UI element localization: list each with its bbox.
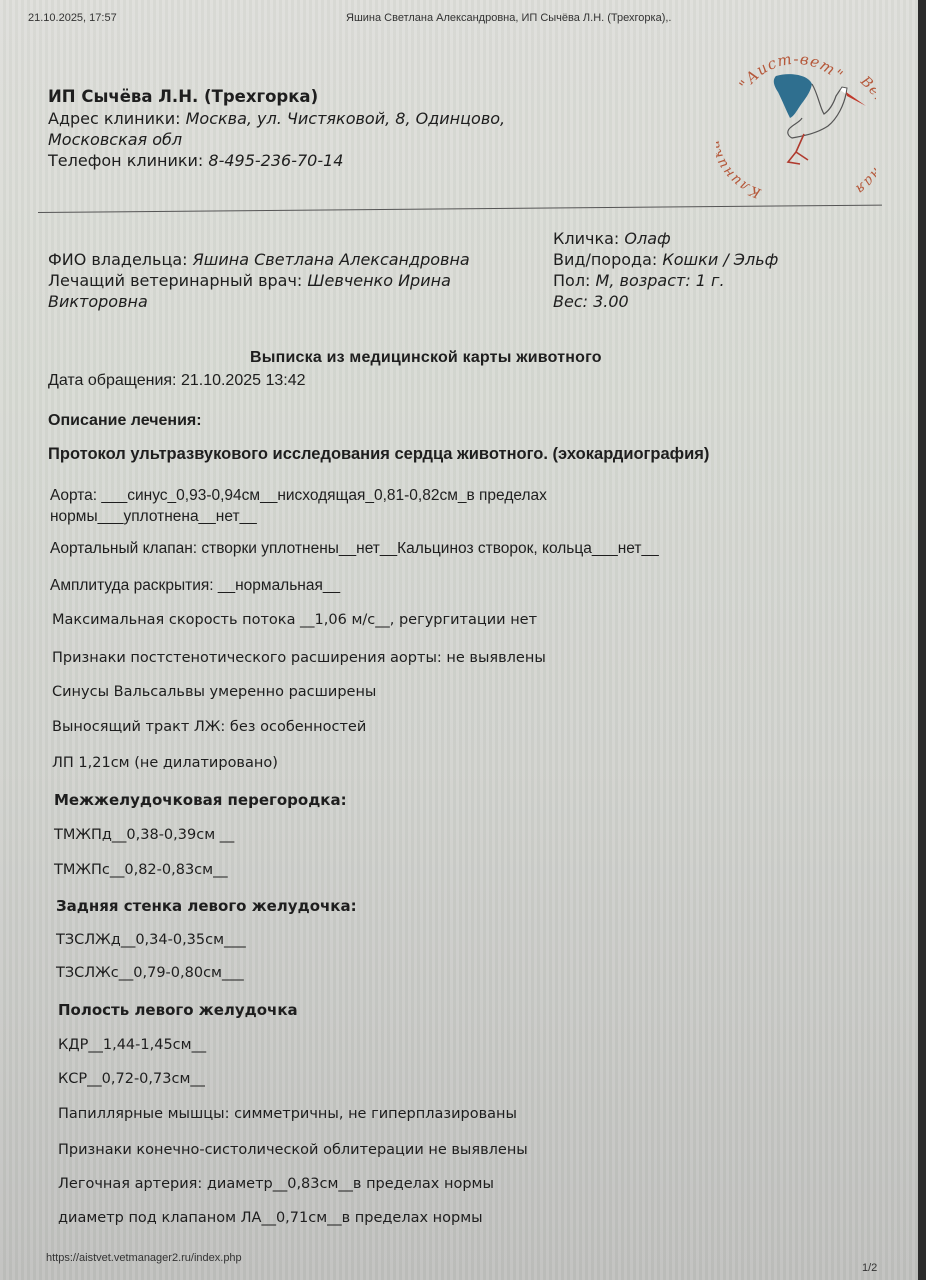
post-stenotic-line: Признаки постстенотического расширения а… xyxy=(52,650,546,666)
owner-name: Яшина Светлана Александровна xyxy=(193,250,470,269)
edd-line: КДР__1,44-1,45см__ xyxy=(58,1037,206,1053)
stork-icon: "Аист-вет" Клиника Ветеринарная xyxy=(716,44,876,200)
clinic-name: ИП Сычёва Л.Н. (Трехгорка) xyxy=(48,86,505,107)
visit-date: Дата обращения: 21.10.2025 13:42 xyxy=(48,372,306,390)
print-footer: https://aistvet.vetmanager2.ru/index.php… xyxy=(46,1252,878,1264)
clinic-address-line1: Москва, ул. Чистяковой, 8, Одинцово, xyxy=(186,109,506,128)
treatment-heading: Описание лечения: xyxy=(48,412,202,430)
pet-sex-age: М, возраст: 1 г. xyxy=(596,271,725,290)
la-line: ЛП 1,21см (не дилатировано) xyxy=(52,755,278,771)
svg-text:Клиника: Клиника xyxy=(716,138,764,200)
septum-systole-line: ТМЖПс__0,82-0,83см__ xyxy=(54,862,228,878)
lv-cavity-title: Полость левого желудочка xyxy=(58,1001,298,1019)
posterior-wall-systole-line: ТЗСЛЖс__0,79-0,80см___ xyxy=(56,965,244,981)
printed-page: 21.10.2025, 17:57 Яшина Светлана Алексан… xyxy=(0,0,918,1280)
print-url: https://aistvet.vetmanager2.ru/index.php xyxy=(46,1252,242,1264)
header-divider xyxy=(38,205,882,213)
pet-weight: Вес: 3.00 xyxy=(553,292,629,311)
septum-diastole-line: ТМЖПд__0,38-0,39см __ xyxy=(54,827,234,843)
papillary-muscles-line: Папиллярные мышцы: симметричны, не гипер… xyxy=(58,1106,517,1122)
pulmonary-artery-line: Легочная артерия: диаметр__0,83см__в пре… xyxy=(58,1176,494,1192)
owner-label: ФИО владельца: xyxy=(48,250,188,269)
aortic-valve-line: Аортальный клапан: створки уплотнены__не… xyxy=(50,540,659,558)
clinic-phone-value: 8-495-236-70-14 xyxy=(208,151,343,170)
print-datetime: 21.10.2025, 17:57 xyxy=(28,12,117,24)
pet-info: Кличка: Олаф Вид/порода: Кошки / Эльф По… xyxy=(553,228,778,312)
clinic-phone-label: Телефон клиники: xyxy=(48,151,203,170)
owner-info: ФИО владельца: Яшина Светлана Александро… xyxy=(48,249,508,312)
document-title: Выписка из медицинской карты животного xyxy=(250,349,602,367)
pet-name-label: Кличка: xyxy=(553,229,619,248)
posterior-wall-title: Задняя стенка левого желудочка: xyxy=(56,897,357,915)
pet-name: Олаф xyxy=(624,229,670,248)
clinic-info: ИП Сычёва Л.Н. (Трехгорка) Адрес клиники… xyxy=(48,86,505,171)
valsalva-line: Синусы Вальсальвы умеренно расширены xyxy=(52,684,376,700)
page-number: 1/2 xyxy=(862,1262,877,1274)
logo-left-text: Клиника xyxy=(716,138,764,200)
pa-subvalve-line: диаметр под клапаном ЛА__0,71см__в преде… xyxy=(58,1210,483,1226)
print-page-title: Яшина Светлана Александровна, ИП Сычёва … xyxy=(346,12,671,24)
pet-sex-label: Пол: xyxy=(553,271,590,290)
protocol-heading: Протокол ультразвукового исследования се… xyxy=(48,445,709,464)
clinic-logo: "Аист-вет" Клиника Ветеринарная xyxy=(716,44,876,200)
pet-breed-label: Вид/порода: xyxy=(553,250,657,269)
esd-line: КСР__0,72-0,73см__ xyxy=(58,1071,205,1087)
septum-title: Межжелудочковая перегородка: xyxy=(54,791,347,809)
svg-text:Ветеринарная: Ветеринарная xyxy=(852,73,876,198)
clinic-address: Адрес клиники: Москва, ул. Чистяковой, 8… xyxy=(48,108,505,129)
aorta-line: Аорта: ___синус_0,93-0,94см__нисходящая_… xyxy=(50,485,660,527)
lvot-line: Выносящий тракт ЛЖ: без особенностей xyxy=(52,719,366,735)
clinic-phone: Телефон клиники: 8-495-236-70-14 xyxy=(48,150,505,171)
clinic-address-label: Адрес клиники: xyxy=(48,109,181,128)
opening-amplitude-line: Амплитуда раскрытия: __нормальная__ xyxy=(50,577,340,595)
doctor-label: Лечащий ветеринарный врач: xyxy=(48,271,302,290)
clinic-address-line2: Московская обл xyxy=(48,130,182,149)
max-flow-line: Максимальная скорость потока __1,06 м/с_… xyxy=(52,612,537,628)
obliteration-line: Признаки конечно-систолической облитерац… xyxy=(58,1142,528,1158)
posterior-wall-diastole-line: ТЗСЛЖд__0,34-0,35см___ xyxy=(56,932,246,948)
logo-right-text: Ветеринарная xyxy=(852,73,876,198)
pet-breed: Кошки / Эльф xyxy=(662,250,778,269)
